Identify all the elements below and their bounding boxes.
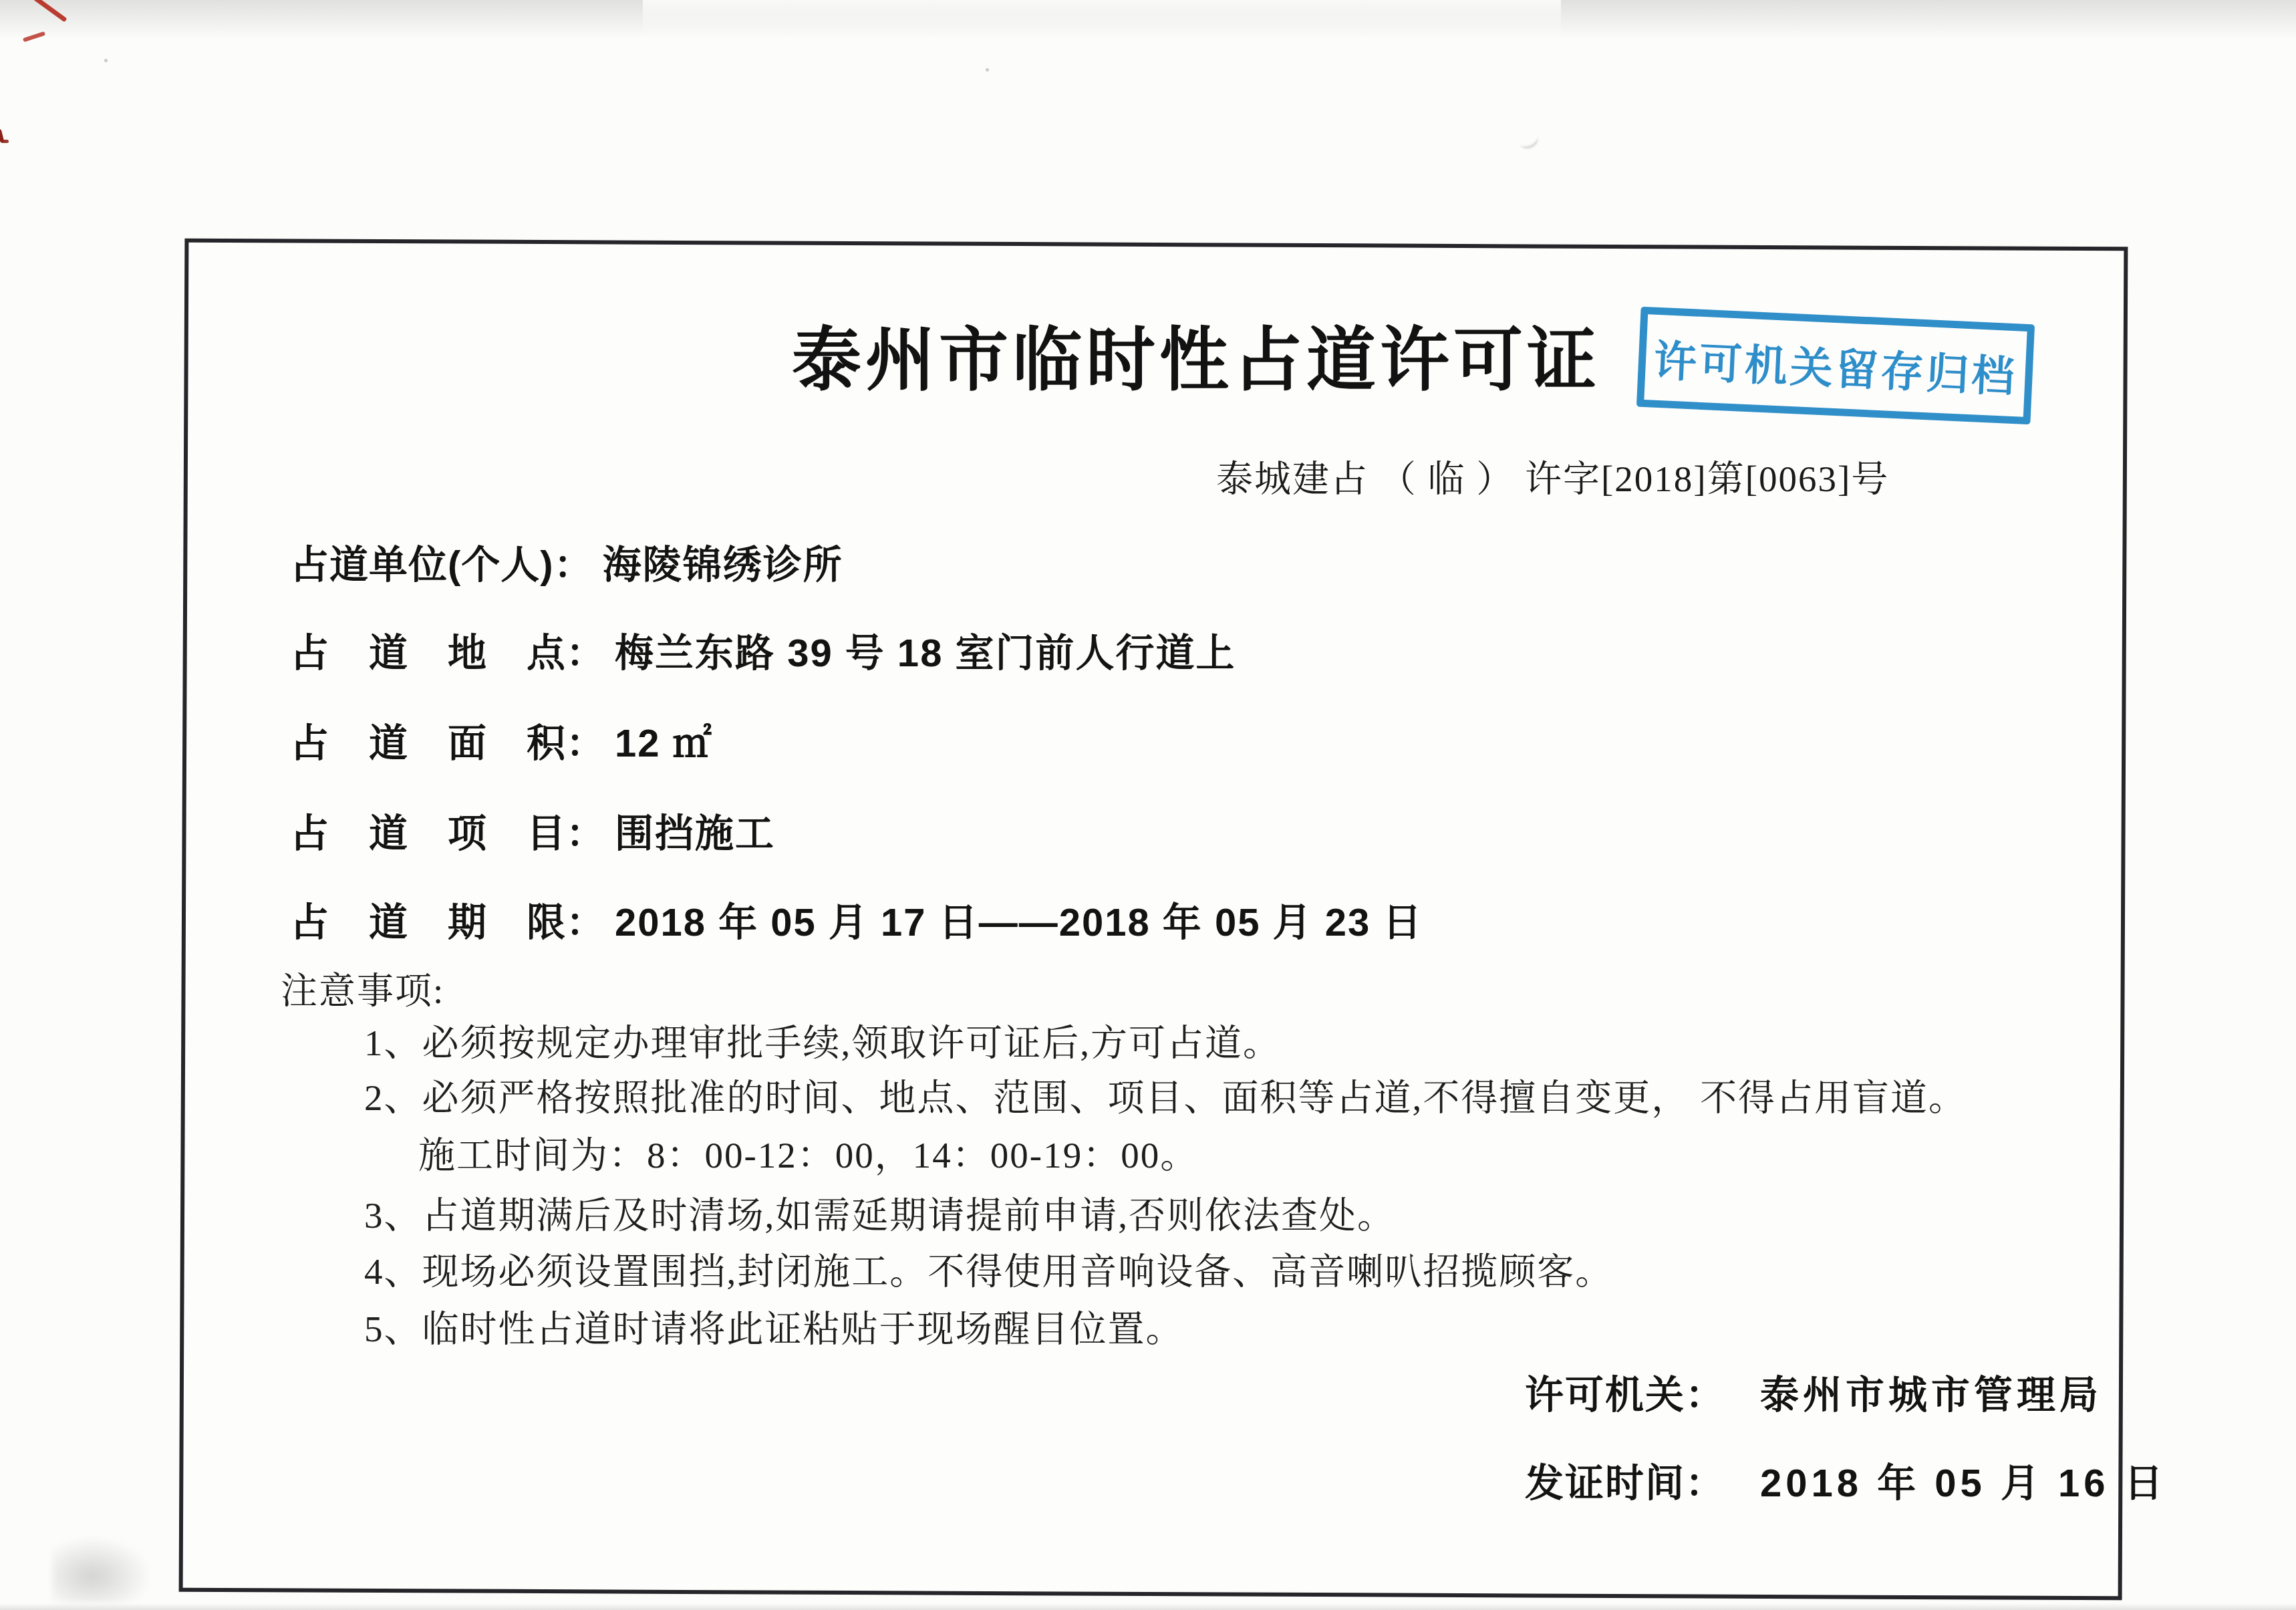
scan-gray-mark <box>1516 128 1541 152</box>
issue-date-label: 发证时间： <box>1525 1462 1725 1505</box>
field-value-location: 梅兰东路 39 号 18 室门前人行道上 <box>615 632 1236 675</box>
issue-date-row: 发证时间：2018 年 05 月 16 日 <box>1525 1452 2167 1508</box>
issuer-row: 许可机关：泰州市城市管理局 <box>1525 1363 2102 1420</box>
field-value-unit: 海陵锦绣诊所 <box>603 543 843 587</box>
note-item-1: 1、必须按规定办理审批手续,领取许可证后,方可占道。 <box>364 1013 1281 1066</box>
serial-number: 泰城建占 （ 临 ） 许字[2018]第[0063]号 <box>1216 449 1889 502</box>
issuer-label: 许可机关： <box>1525 1373 1725 1417</box>
note-item-3: 3、占道期满后及时清场,如需延期请提前申请,否则依法查处。 <box>364 1186 1395 1238</box>
field-value-period: 2018 年 05 月 17 日——2018 年 05 月 23 日 <box>615 901 1423 944</box>
red-pen-mark <box>1 140 9 143</box>
field-row-location: 占 道 地 点：梅兰东路 39 号 18 室门前人行道上 <box>290 622 1236 678</box>
field-value-project: 围挡施工 <box>615 812 775 855</box>
archive-stamp: 许可机关留存归档 <box>1636 307 2035 425</box>
field-value-area: 12 ㎡ <box>615 722 713 765</box>
field-label-project: 占 道 项 目： <box>290 812 605 855</box>
scan-speck <box>986 68 989 72</box>
field-row-unit: 占道单位(个人)：海陵锦绣诊所 <box>290 533 843 589</box>
notes-heading: 注意事项: <box>281 961 444 1014</box>
field-label-location: 占 道 地 点： <box>290 632 605 675</box>
issuer-value: 泰州市城市管理局 <box>1760 1373 2102 1417</box>
red-pen-mark <box>33 0 67 22</box>
scan-speck <box>104 59 108 62</box>
field-label-area: 占 道 面 积： <box>290 722 605 765</box>
field-row-period: 占 道 期 限：2018 年 05 月 17 日——2018 年 05 月 23… <box>290 891 1423 947</box>
note-item-4: 4、现场必须设置围挡,封闭施工。不得使用音响设备、高音喇叭招揽顾客。 <box>364 1242 1613 1295</box>
scan-edge-shadow-top <box>0 0 2296 39</box>
scan-corner-smudge <box>52 1536 152 1603</box>
note-item-2: 2、必须严格按照批准的时间、地点、范围、项目、面积等占道,不得擅自变更， 不得占… <box>364 1068 1967 1121</box>
note-item-2-subline: 施工时间为：8：00-12：00，14：00-19：00。 <box>418 1125 1198 1178</box>
field-label-unit: 占道单位(个人)： <box>290 543 593 587</box>
field-row-project: 占 道 项 目：围挡施工 <box>290 802 775 858</box>
page-title: 泰州市临时性占道许可证 <box>792 304 1600 404</box>
archive-stamp-text: 许可机关留存归档 <box>1653 327 2019 405</box>
field-label-period: 占 道 期 限： <box>290 901 605 944</box>
issue-date-value: 2018 年 05 月 16 日 <box>1760 1462 2167 1505</box>
scan-edge-shadow-bottom <box>0 1603 2296 1610</box>
note-item-5: 5、临时性占道时请将此证粘贴于现场醒目位置。 <box>364 1299 1184 1352</box>
field-row-area: 占 道 面 积：12 ㎡ <box>290 712 713 768</box>
scanned-permit-page: 泰州市临时性占道许可证 许可机关留存归档 泰城建占 （ 临 ） 许字[2018]… <box>0 0 2296 1610</box>
red-pen-mark <box>23 31 45 42</box>
